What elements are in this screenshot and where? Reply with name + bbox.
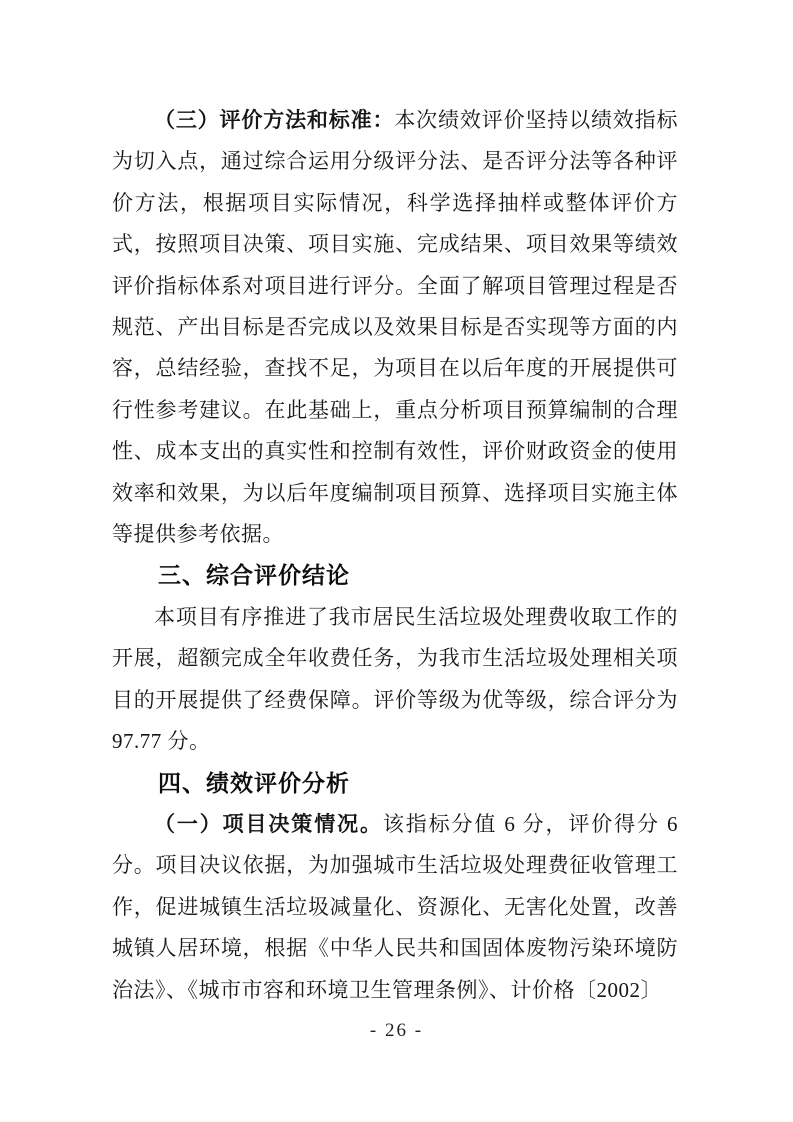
page-number: - 26 - [0, 1020, 793, 1042]
paragraph-project-decision: （一）项目决策情况。该指标分值 6 分，评价得分 6 分。项目决议依据，为加强城… [112, 804, 678, 1011]
document-body: （三）评价方法和标准：本次绩效评价坚持以绩效指标为切入点，通过综合运用分级评分法… [112, 100, 678, 1011]
paragraph-evaluation-methods-text: 本次绩效评价坚持以绩效指标为切入点，通过综合运用分级评分法、是否评分法等各种评价… [112, 108, 678, 546]
document-page: （三）评价方法和标准：本次绩效评价坚持以绩效指标为切入点，通过综合运用分级评分法… [0, 0, 793, 1122]
paragraph-evaluation-methods-lead: （三）评价方法和标准： [154, 108, 394, 132]
paragraph-project-decision-text: 该指标分值 6 分，评价得分 6 分。项目决议依据，为加强城市生活垃圾处理费征收… [112, 812, 678, 1002]
heading-performance-evaluation-analysis: 四、绩效评价分析 [112, 763, 678, 804]
heading-comprehensive-evaluation-conclusion: 三、综合评价结论 [112, 555, 678, 596]
paragraph-evaluation-methods: （三）评价方法和标准：本次绩效评价坚持以绩效指标为切入点，通过综合运用分级评分法… [112, 100, 678, 555]
paragraph-conclusion: 本项目有序推进了我市居民生活垃圾处理费收取工作的开展，超额完成全年收费任务，为我… [112, 597, 678, 763]
paragraph-project-decision-lead: （一）项目决策情况。 [154, 812, 383, 836]
